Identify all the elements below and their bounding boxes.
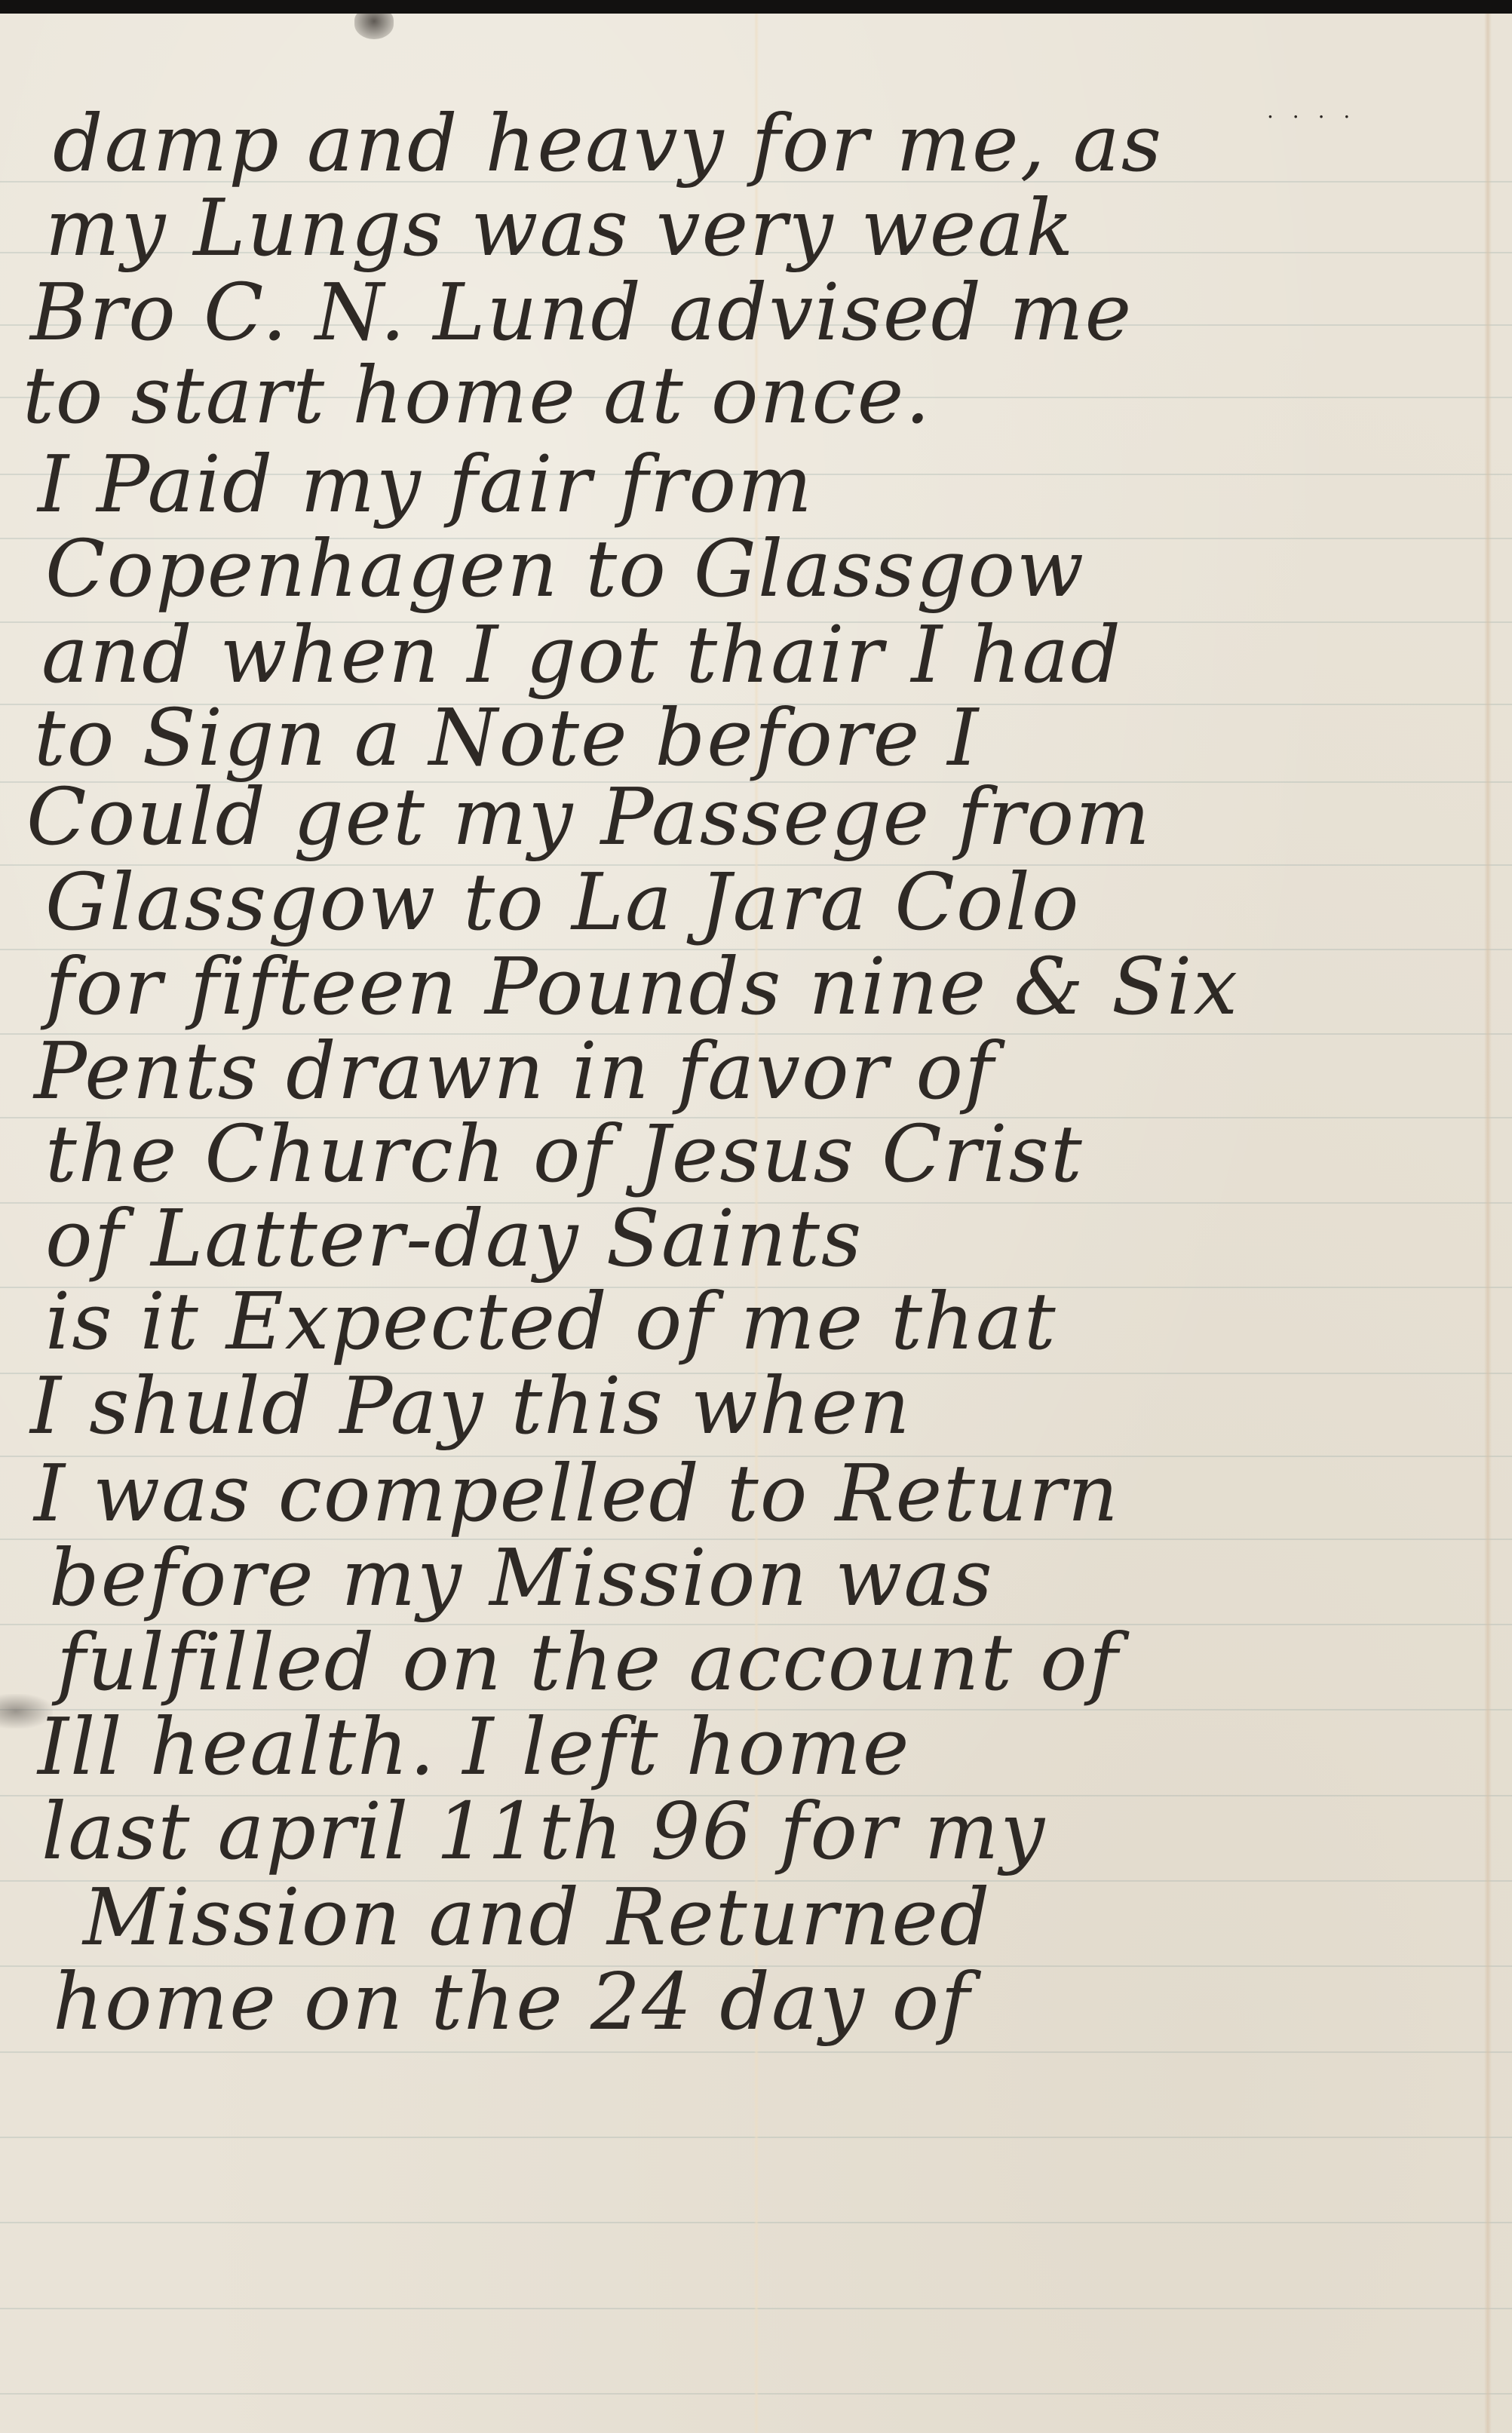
handwritten-line: last april 11th 96 for my: [41, 1786, 1497, 1876]
handwritten-line: fulfilled on the account of: [57, 1617, 1512, 1707]
handwritten-line: I shuld Pay this when: [30, 1361, 1486, 1451]
handwritten-line: before my Mission was: [49, 1533, 1504, 1623]
handwritten-line: Copenhagen to Glassgow: [45, 523, 1501, 614]
scan-top-edge: [0, 0, 1512, 14]
letter-page: . . . . damp and heavy for me, as my Lun…: [0, 14, 1512, 2433]
handwritten-line: my Lungs was very weak: [45, 183, 1501, 273]
handwritten-line: is it Expected of me that: [45, 1276, 1501, 1367]
ink-blot: [354, 14, 394, 39]
handwritten-line: home on the 24 day of: [53, 1956, 1508, 2047]
handwritten-line: I Paid my fair from: [38, 439, 1493, 529]
handwritten-line: damp and heavy for me, as: [53, 98, 1508, 189]
handwritten-line: Could get my Passege from: [26, 772, 1482, 862]
handwritten-line: Ill health. I left home: [38, 1701, 1493, 1792]
handwritten-line: to Sign a Note before I: [34, 692, 1489, 783]
handwritten-line: for fifteen Pounds nine & Six: [45, 941, 1501, 1032]
handwritten-line: the Church of Jesus Crist: [45, 1109, 1501, 1199]
handwritten-line: I was compelled to Return: [34, 1448, 1489, 1539]
handwritten-line: Pents drawn in favor of: [34, 1026, 1489, 1116]
handwritten-line: of Latter-day Saints: [45, 1193, 1501, 1284]
handwritten-line: Mission and Returned: [83, 1872, 1512, 1962]
handwritten-line: Glassgow to La Jara Colo: [45, 857, 1501, 947]
handwritten-line: to start home at once.: [23, 350, 1478, 440]
handwritten-line: Bro C. N. Lund advised me: [30, 267, 1486, 357]
handwritten-line: and when I got thair I had: [41, 609, 1497, 700]
